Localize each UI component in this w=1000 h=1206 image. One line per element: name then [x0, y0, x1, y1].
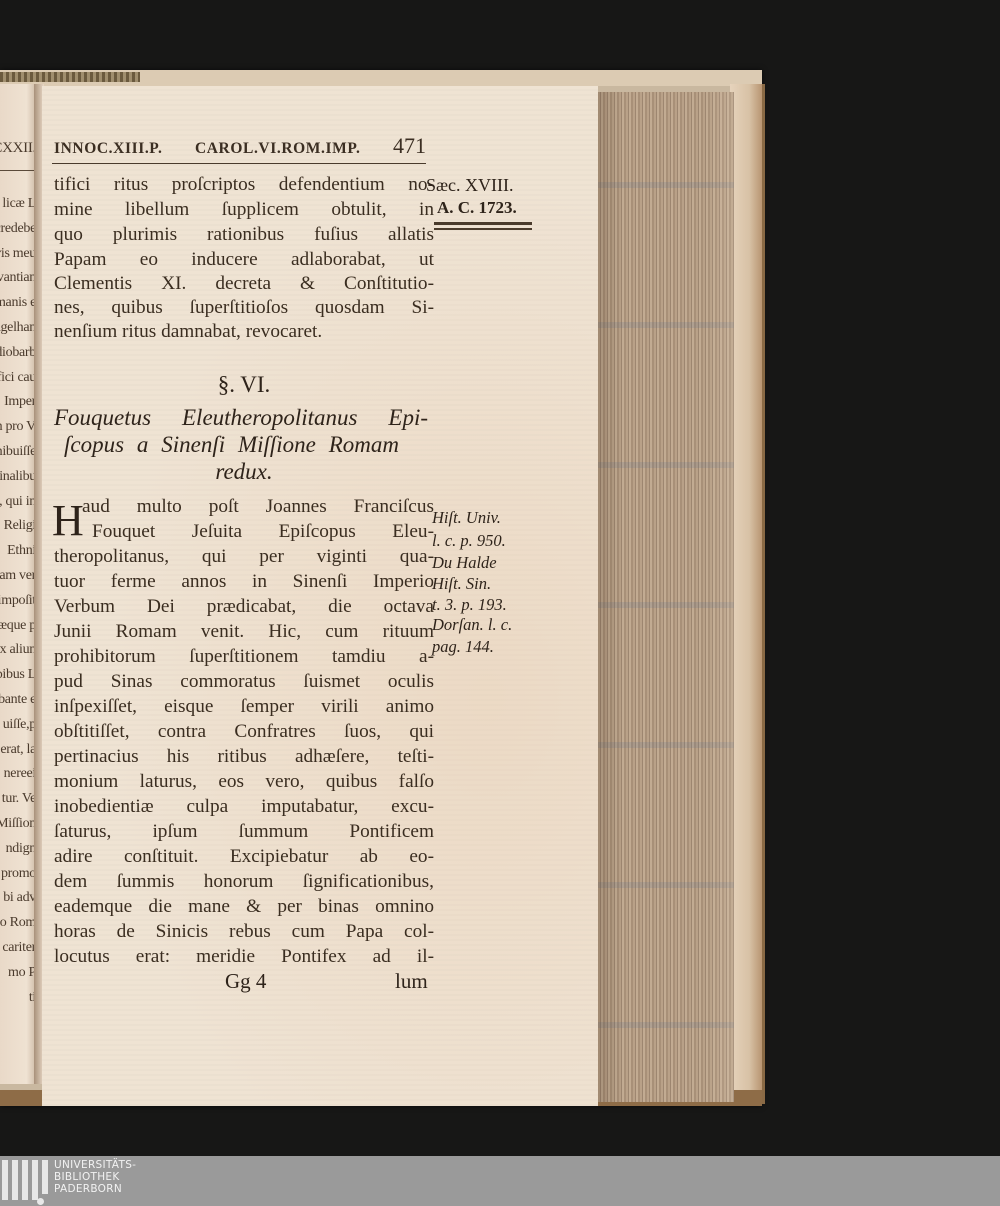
left-page-line: Imper: [4, 394, 36, 410]
left-page-line: credebe: [0, 221, 36, 237]
section-title-line: ſcopus a Sinenſi Miſſione Romam: [64, 431, 399, 458]
left-page-line: n pro V: [0, 419, 36, 435]
text-line: theropolitanus, qui per viginti qua-: [54, 545, 434, 570]
left-page-line: hibuiſſe: [0, 444, 36, 460]
section-title-line: Fouquetus Eleutheropolitanus Epi-: [54, 404, 428, 431]
left-page-line: x aliun: [0, 642, 36, 658]
text-line: Papam eo inducere adlaborabat, ut: [54, 248, 434, 273]
margin-note-century: Sæc. XVIII.: [426, 175, 514, 196]
page-number: 471: [393, 133, 426, 159]
text-line: aud multo poſt Joannes Franciſcus: [82, 495, 434, 520]
margin-reference: Hiſt. Univ.: [432, 507, 501, 529]
text-line: ſaturus, ipſum ſummum Pontificem: [54, 820, 434, 845]
cover-fore-edge: [730, 84, 765, 1104]
library-footer: UNIVERSITÄTS- BIBLIOTHEK PADERBORN: [0, 1156, 1000, 1206]
running-head-center: CAROL.VI.ROM.IMP.: [195, 140, 361, 158]
margin-reference: l. c. p. 950.: [432, 530, 506, 552]
text-line: tuor ferme annos in Sinenſi Imperio: [54, 570, 434, 595]
headband: [0, 72, 140, 82]
text-line: Verbum Dei prædicabat, die octava: [54, 595, 434, 620]
left-page-line: impoſit: [0, 593, 36, 609]
left-page-line: mo P: [8, 965, 36, 981]
left-page-line: , qui in: [0, 494, 36, 510]
section-mark: §. VI.: [54, 372, 434, 398]
library-name: UNIVERSITÄTS- BIBLIOTHEK PADERBORN: [54, 1159, 136, 1195]
left-page-line: licæ L: [2, 196, 36, 212]
text-line: nenſium ritus damnabat, revocaret.: [54, 320, 434, 345]
text-line: prohibitorum ſuperſtitionem tamdiu a-: [54, 645, 434, 670]
signature-mark: Gg 4: [225, 969, 266, 994]
text-line: obſtitiſſet, contra Confratres ſuos, qui: [54, 720, 434, 745]
drop-cap: H: [52, 499, 84, 543]
page-block-sheen: [596, 92, 734, 1102]
left-page-line: o Rom: [0, 915, 36, 931]
text-line: mine libellum ſupplicem obtulit, in: [54, 198, 434, 223]
text-line: eademque die mane & per binas omnino: [54, 895, 434, 920]
left-page-line: bi adv: [3, 890, 36, 906]
section-title-line: redux.: [54, 458, 434, 485]
library-name-line: PADERBORN: [54, 1183, 136, 1195]
logo-dot-icon: [37, 1198, 44, 1205]
left-running-head: CCXXII.: [0, 140, 36, 157]
text-line: pertinacius his ritibus adhæſere, teſti-: [54, 745, 434, 770]
left-page-line: Miſſion: [0, 816, 36, 832]
left-page-line: bante e: [0, 692, 36, 708]
left-head-rule: [0, 170, 34, 171]
margin-reference: Du Halde: [432, 552, 497, 574]
margin-reference: Dorſan. l. c.: [432, 614, 512, 636]
left-page-line: erat, la: [0, 742, 36, 758]
left-page-line: am ver: [0, 568, 36, 584]
library-name-line: UNIVERSITÄTS-: [54, 1159, 136, 1171]
left-page-line: æque p: [0, 618, 36, 634]
text-line: pud Sinas commoratus ſuismet oculis: [54, 670, 434, 695]
left-page-line: promo: [1, 866, 36, 882]
catchword: lum: [395, 969, 428, 994]
text-line: tifici ritus proſcriptos defendentium no…: [54, 173, 434, 198]
text-line: inſpexiſſet, eisque ſemper virili animo: [54, 695, 434, 720]
text-line: quo plurimis rationibus fuſius allatis: [54, 223, 434, 248]
text-line: Fouquet Jeſuita Epiſcopus Eleu-: [92, 520, 434, 545]
running-head: INNOC.XIII.P. CAROL.VI.ROM.IMP. 471: [54, 133, 426, 159]
margin-reference: Hiſt. Sin.: [432, 573, 491, 595]
left-page-line: nereei: [4, 766, 36, 782]
left-page-line: pibus L: [0, 667, 36, 683]
margin-reference: t. 3. p. 193.: [432, 594, 507, 616]
left-page-line: diobarb: [0, 345, 36, 361]
text-line: Clementis XI. decreta & Conſtitutio-: [54, 272, 434, 297]
left-page-line: Ethni: [7, 543, 36, 559]
left-page-line: eris meu: [0, 246, 36, 262]
left-page-line: dinalibu: [0, 469, 36, 485]
left-page-line: cariter: [2, 940, 36, 956]
left-page-fragment: CCXXII. licæ Lcredebeeris meurvantianman…: [0, 84, 38, 1084]
left-page-line: rvantian: [0, 270, 36, 286]
margin-double-rule: [434, 222, 532, 225]
scan-area: CCXXII. licæ Lcredebeeris meurvantianman…: [0, 0, 1000, 1156]
text-line: nes, quibus ſuperſtitioſos quosdam Si-: [54, 296, 434, 321]
text-line: dem ſummis honorum ſignificationibus,: [54, 870, 434, 895]
text-line: horas de Sinicis rebus cum Papa col-: [54, 920, 434, 945]
head-rule: [52, 163, 426, 164]
left-page-line: Religi: [4, 518, 36, 534]
text-line: Junii Romam venit. Hic, cum rituum: [54, 620, 434, 645]
text-line: inobedientiæ culpa imputabatur, excu-: [54, 795, 434, 820]
margin-note-year: A. C. 1723.: [437, 198, 517, 218]
text-line: adire conſtituit. Excipiebatur ab eo-: [54, 845, 434, 870]
library-name-line: BIBLIOTHEK: [54, 1171, 136, 1183]
margin-reference: pag. 144.: [432, 636, 494, 658]
left-page-line: ndign: [6, 841, 36, 857]
left-page-line: uiſſe,p: [3, 717, 36, 733]
left-page-line: manis e: [0, 295, 36, 311]
margin-double-rule: [434, 228, 532, 230]
left-page-line: ifici cau: [0, 370, 36, 386]
left-page-line: tur. Ve: [2, 791, 36, 807]
running-head-left: INNOC.XIII.P.: [54, 140, 162, 158]
left-page-line: agelhan: [0, 320, 36, 336]
text-line: locutus erat: meridie Pontifex ad il-: [54, 945, 434, 970]
text-line: monium laturus, eos vero, quibus falſo: [54, 770, 434, 795]
